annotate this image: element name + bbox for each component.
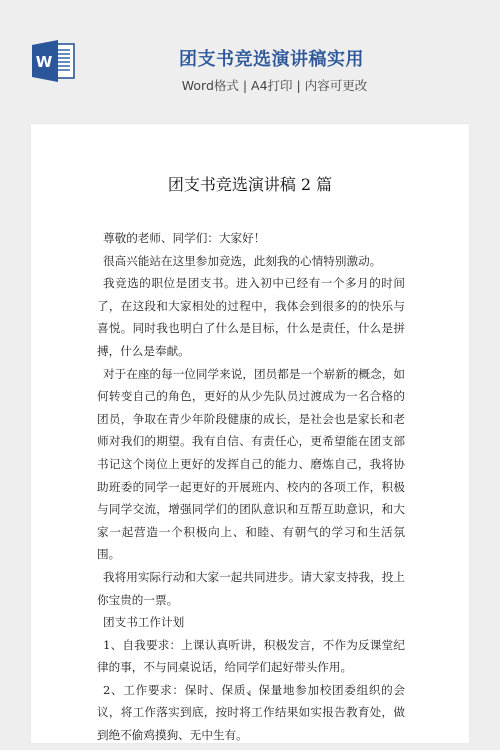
paragraph: 团支书工作计划 bbox=[97, 611, 405, 634]
document-body: 尊敬的老师、同学们：大家好！ 很高兴能站在这里参加竞选，此刻我的心情特别激动。 … bbox=[97, 227, 405, 747]
paragraph: 很高兴能站在这里参加竞选，此刻我的心情特别激动。 bbox=[97, 250, 405, 273]
document-page: 团支书竞选演讲稿 2 篇 尊敬的老师、同学们：大家好！ 很高兴能站在这里参加竞选… bbox=[31, 124, 469, 743]
paragraph: 1、自我要求：上课认真听讲，积极发言，不作为反课堂纪律的事，不与同桌说话，给同学… bbox=[97, 634, 405, 679]
header-title: 团支书竞选演讲稿实用 bbox=[0, 45, 500, 71]
paragraph: 我竞选的职位是团支书。进入初中已经有一个多月的时间了，在这段和大家相处的过程中，… bbox=[97, 272, 405, 362]
document-title: 团支书竞选演讲稿 2 篇 bbox=[31, 172, 469, 195]
paragraph: 我将用实际行动和大家一起共同进步。请大家支持我，投上你宝贵的一票。 bbox=[97, 566, 405, 611]
header-subtitle: Word格式 | A4打印 | 内容可更改 bbox=[0, 76, 500, 94]
header: W 团支书竞选演讲稿实用 Word格式 | A4打印 | 内容可更改 bbox=[0, 0, 500, 124]
paragraph: 尊敬的老师、同学们：大家好！ bbox=[97, 227, 405, 250]
paragraph: 对于在座的每一位同学来说，团员都是一个崭新的概念，如何转变自己的角色，更好的从少… bbox=[97, 363, 405, 566]
page-number: 1 bbox=[31, 690, 469, 698]
